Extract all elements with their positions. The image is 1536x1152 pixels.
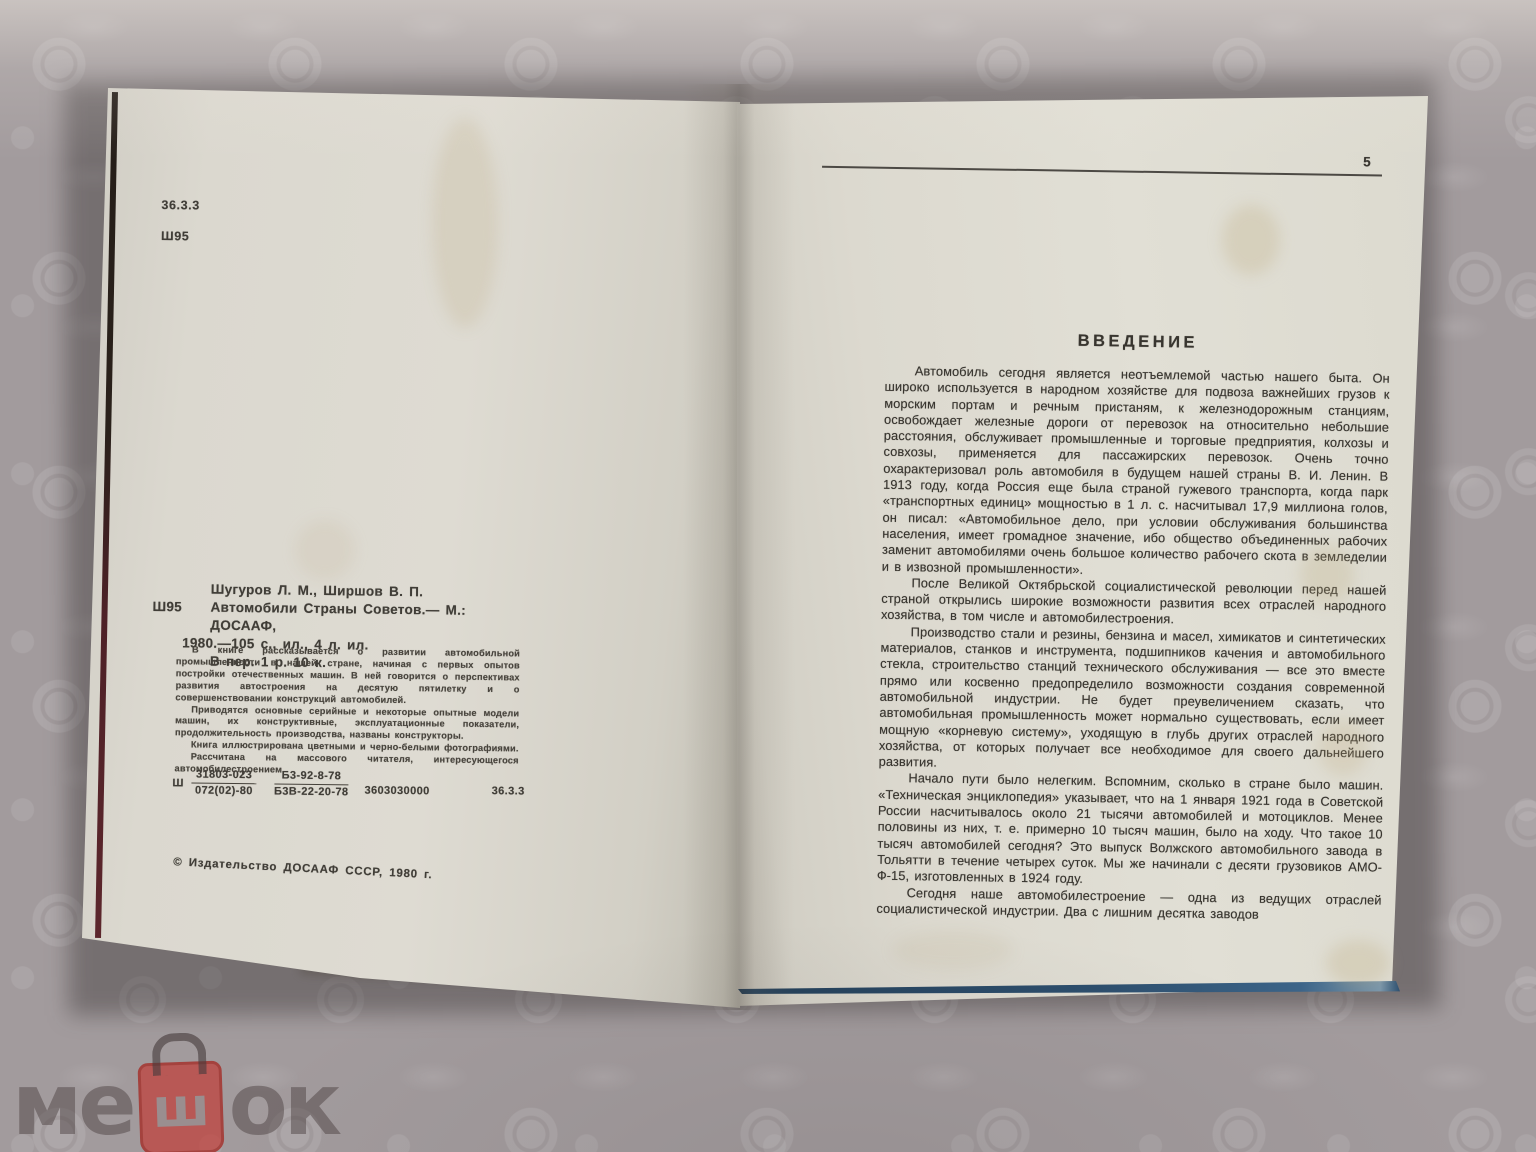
paragraph: Начало пути было нелегким. Вспомним, ско… [877, 770, 1384, 892]
catalog-fraction-2-top: Б3-92-8-78 [274, 769, 349, 785]
bag-handle-icon [151, 1032, 206, 1076]
library-codes: 36.3.3 Ш95 [161, 190, 200, 252]
copyright-line: © Издательство ДОСААФ СССР, 1980 г. [173, 856, 433, 881]
page-number: 5 [1363, 154, 1371, 169]
photo-of-open-book: 36.3.3 Ш95 Шугуров Л. М., Ширшов В. П. Ш… [0, 0, 1536, 1152]
citation-main-line: Ш95 Автомобили Страны Советов.— М.: ДОСА… [152, 598, 524, 639]
left-page-content-layer: 36.3.3 Ш95 Шугуров Л. М., Ширшов В. П. Ш… [78, 82, 740, 1012]
paragraph: Производство стали и резины, бензина и м… [879, 623, 1386, 778]
catalog-fraction-1-bottom: 072(02)-80 [192, 783, 256, 798]
annotation-paragraph: Приводятся основные серийные и некоторые… [175, 704, 519, 744]
classification-code: 36.3.3 [161, 190, 200, 221]
citation-sign: Ш95 [152, 598, 210, 635]
catalog-classification: 36.3.3 [492, 785, 525, 797]
right-page-content-layer: 5 ВВЕДЕНИЕ Автомобиль сегодня является н… [737, 90, 1432, 1010]
shopping-bag-icon: ш [137, 1061, 224, 1152]
citation-title: Автомобили Страны Советов.— М.: ДОСААФ, [210, 599, 524, 639]
catalog-number: 3603030000 [364, 784, 429, 797]
annotation: В книге рассказывается о развитии автомо… [175, 644, 521, 779]
paragraph: После Великой Октябрьской социалистическ… [881, 575, 1387, 632]
catalog-fraction-1: 31803-023 072(02)-80 [192, 768, 257, 798]
catalog-prefix: Ш [172, 777, 184, 789]
watermark-text-left: ме [12, 1065, 133, 1145]
header-rule [822, 166, 1382, 177]
meshok-watermark: ме ш ок [12, 1056, 338, 1152]
paragraph: Автомобиль сегодня является неотъемлемой… [882, 363, 1390, 583]
body-text: Автомобиль сегодня является неотъемлемой… [876, 363, 1390, 925]
annotation-paragraph: В книге рассказывается о развитии автомо… [175, 644, 520, 708]
catalog-fraction-2-bottom: Б3В-22-20-78 [274, 784, 349, 799]
catalog-fraction-1-top: 31803-023 [192, 768, 256, 784]
chapter-heading: ВВЕДЕНИЕ [885, 329, 1390, 356]
right-page-content: 5 ВВЕДЕНИЕ Автомобиль сегодня является н… [724, 88, 1433, 1019]
watermark-text-right: ок [229, 1065, 338, 1145]
left-page-content: 36.3.3 Ш95 Шугуров Л. М., Ширшов В. П. Ш… [68, 81, 741, 1019]
paragraph: Сегодня наше автомобилестроение — одна и… [876, 884, 1381, 925]
catalog-line: Ш 31803-023 072(02)-80 Б3-92-8-78 Б3В-22… [172, 768, 525, 801]
watermark-bag-letter: ш [151, 1080, 210, 1136]
catalog-fraction-2: Б3-92-8-78 Б3В-22-20-78 [274, 769, 349, 799]
author-sign-code: Ш95 [161, 221, 200, 252]
